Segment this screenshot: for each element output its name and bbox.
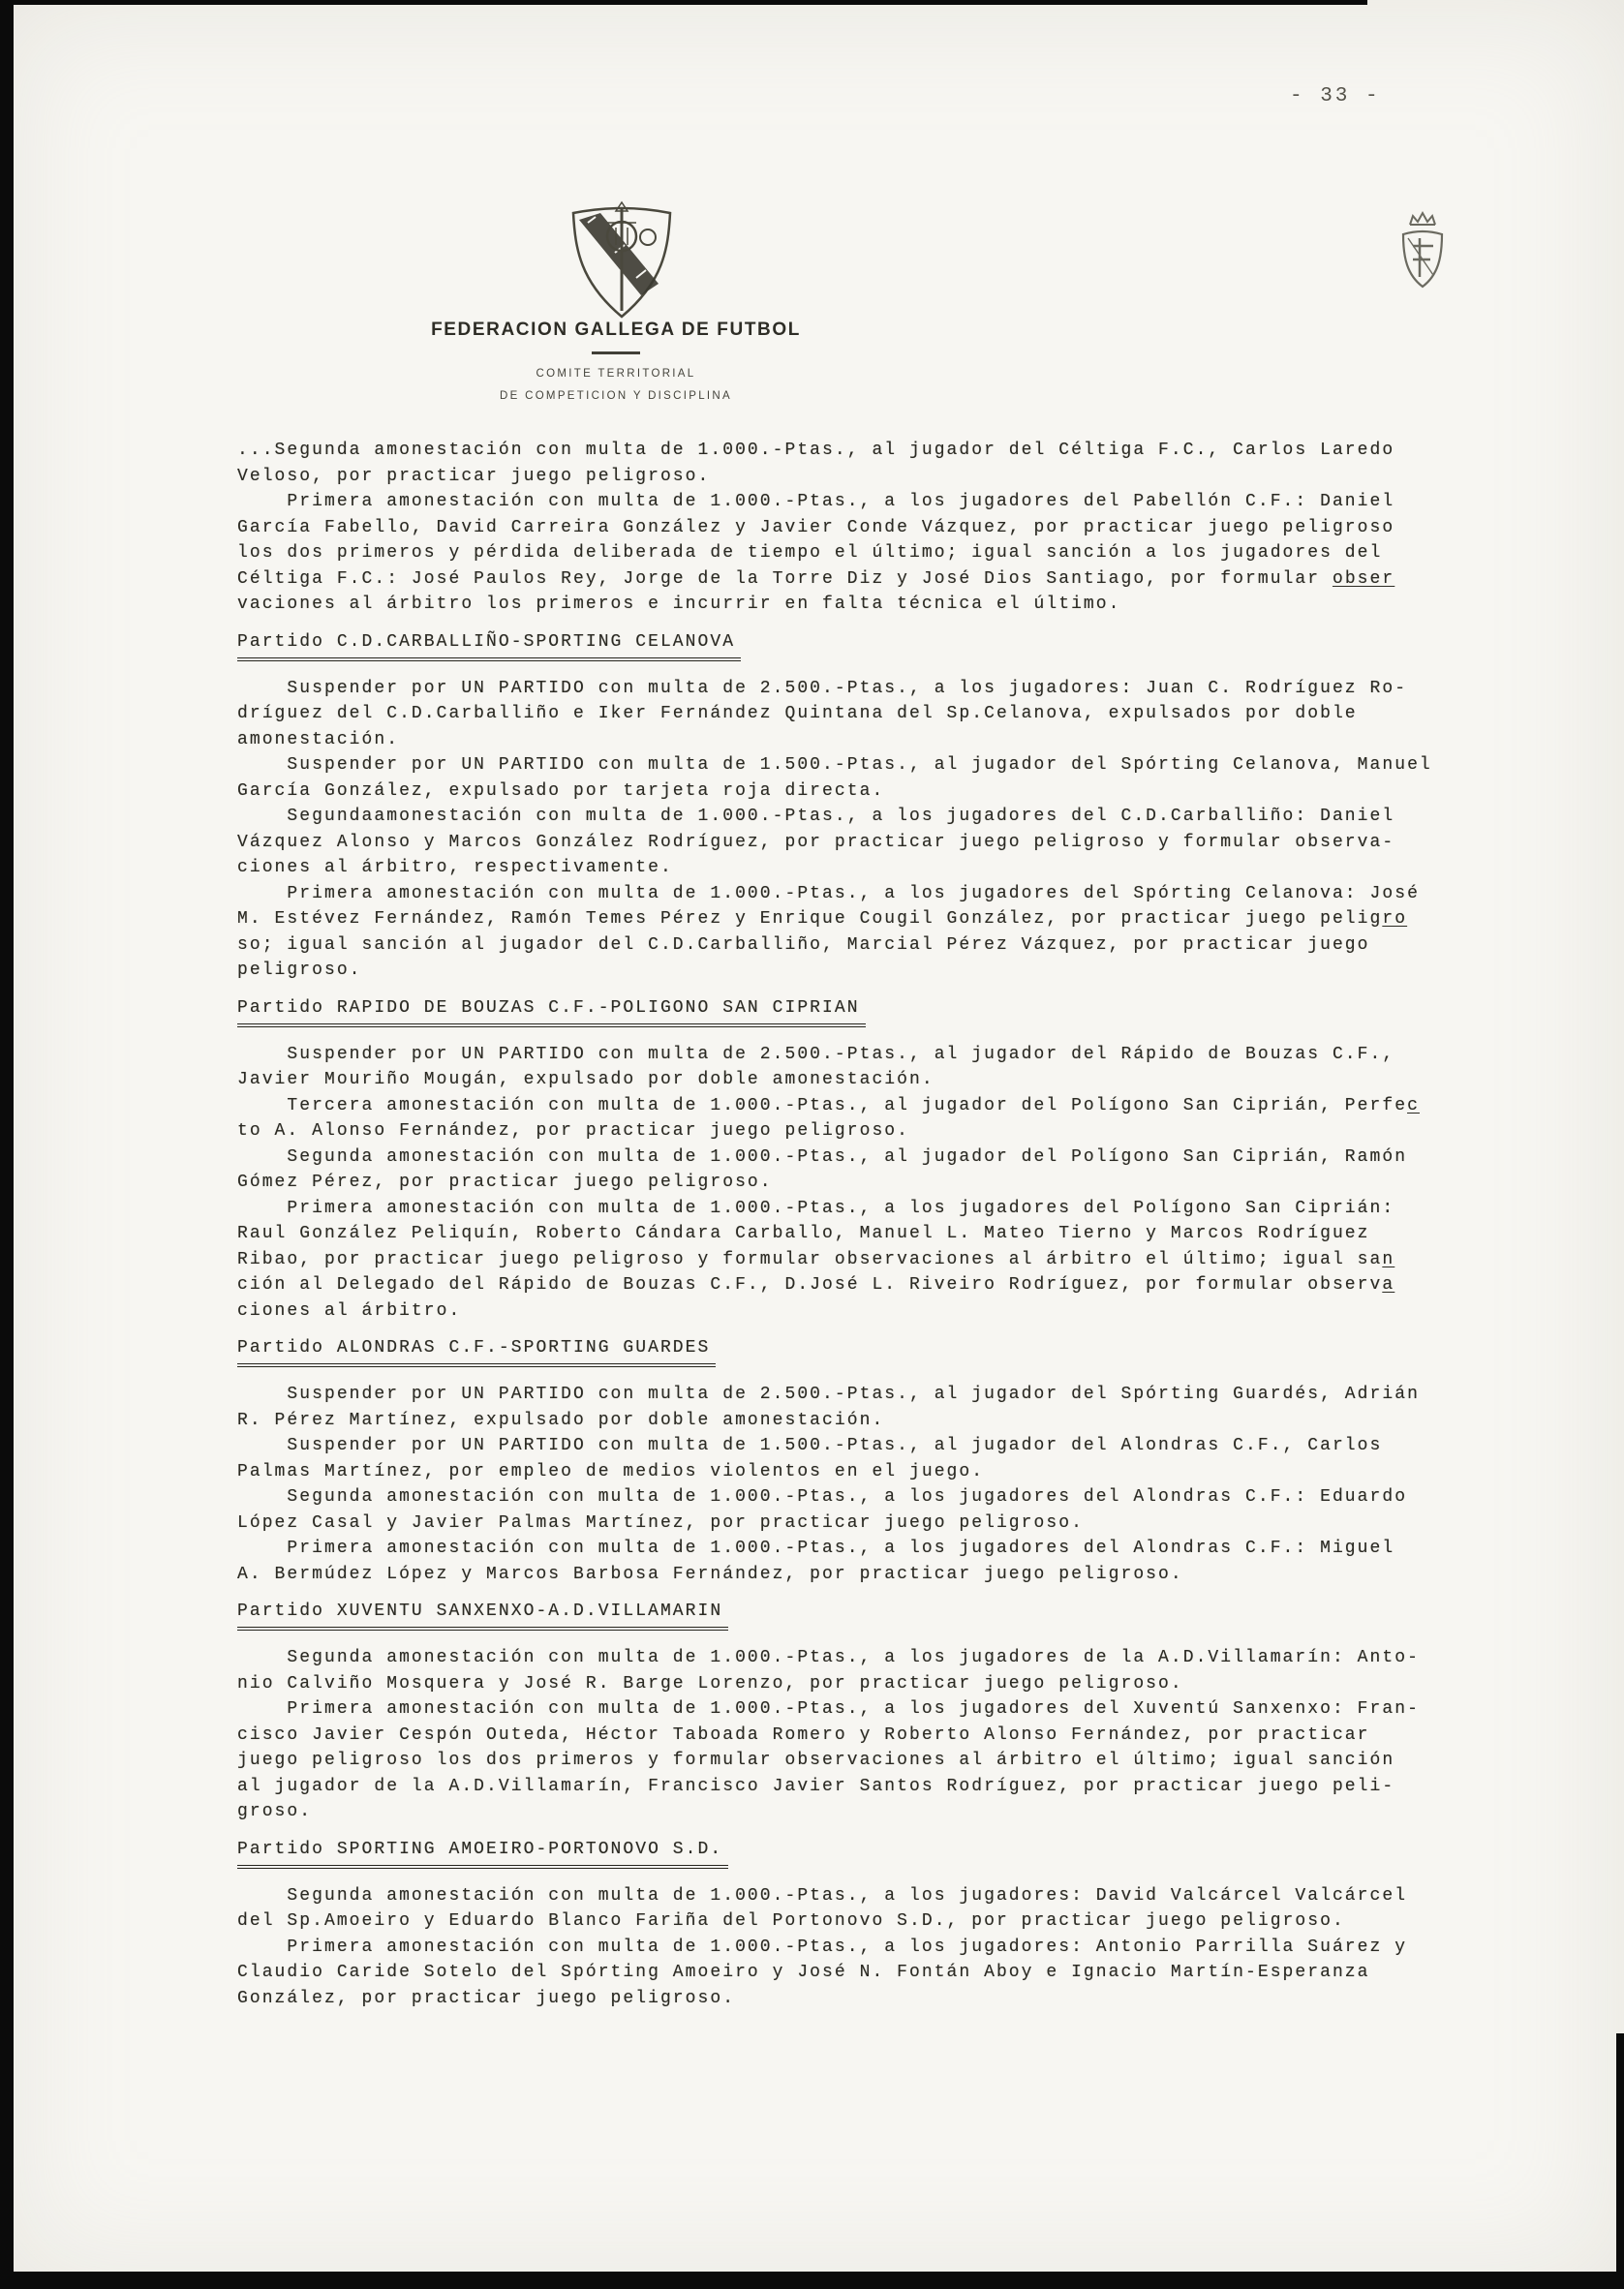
paragraph: Primera amonestación con multa de 1.000.… [237, 489, 1477, 618]
text-line: Primera amonestación con multa de 1.000.… [237, 881, 1477, 907]
committee-line-1: COMITE TERRITORIAL [405, 363, 827, 385]
text-line: González, por practicar juego peligroso. [237, 1986, 1477, 2012]
text-line: los dos primeros y pérdida deliberada de… [237, 540, 1477, 566]
spanish-federation-emblem-icon [1391, 209, 1455, 303]
scan-edge-right [1616, 2033, 1624, 2289]
paragraph: Primera amonestación con multa de 1.000.… [237, 1696, 1477, 1825]
paragraph: Suspender por UN PARTIDO con multa de 2.… [237, 1382, 1477, 1433]
text-line: Suspender por UN PARTIDO con multa de 1.… [237, 1433, 1477, 1459]
scan-edge-bottom [0, 2272, 1624, 2289]
paragraph: Primera amonestación con multa de 1.000.… [237, 1196, 1477, 1325]
section-heading: Partido RAPIDO DE BOUZAS C.F.-POLIGONO S… [237, 995, 1477, 1027]
section-heading: Partido C.D.CARBALLIÑO-SPORTING CELANOVA [237, 629, 1477, 661]
paragraph: Segunda amonestación con multa de 1.000.… [237, 1144, 1477, 1196]
text-line: ción al Delegado del Rápido de Bouzas C.… [237, 1272, 1477, 1298]
paragraph: Suspender por UN PARTIDO con multa de 2.… [237, 676, 1477, 753]
scan-edge-top [0, 0, 1367, 5]
title-rule [592, 351, 640, 354]
galician-federation-crest-icon [565, 197, 679, 327]
text-line: peligroso. [237, 958, 1477, 984]
paragraph: Suspender por UN PARTIDO con multa de 1.… [237, 1433, 1477, 1484]
text-line: Vázquez Alonso y Marcos González Rodrígu… [237, 830, 1477, 856]
text-line: al jugador de la A.D.Villamarín, Francis… [237, 1774, 1477, 1800]
text-line: Segunda amonestación con multa de 1.000.… [237, 1144, 1477, 1171]
paragraph: Primera amonestación con multa de 1.000.… [237, 1536, 1477, 1587]
federation-title: FEDERACION GALLEGA DE FUTBOL [405, 320, 827, 341]
text-line: López Casal y Javier Palmas Martínez, po… [237, 1511, 1477, 1537]
text-line: Veloso, por practicar juego peligroso. [237, 464, 1477, 490]
text-line: Raul González Peliquín, Roberto Cándara … [237, 1221, 1477, 1247]
text-line: Primera amonestación con multa de 1.000.… [237, 1696, 1477, 1723]
text-line: Palmas Martínez, por empleo de medios vi… [237, 1459, 1477, 1485]
section-heading: Partido SPORTING AMOEIRO-PORTONOVO S.D. [237, 1837, 1477, 1869]
paragraph: Tercera amonestación con multa de 1.000.… [237, 1093, 1477, 1144]
text-line: vaciones al árbitro los primeros e incur… [237, 592, 1477, 618]
page-number: - 33 - [1290, 85, 1381, 107]
text-line: juego peligroso los dos primeros y formu… [237, 1748, 1477, 1774]
text-line: Segundaamonestación con multa de 1.000.-… [237, 804, 1477, 830]
paragraph: Segunda amonestación con multa de 1.000.… [237, 1883, 1477, 2012]
text-line: Segunda amonestación con multa de 1.000.… [237, 1484, 1477, 1511]
paragraph: Segundaamonestación con multa de 1.000.-… [237, 804, 1477, 881]
text-line: Gómez Pérez, por practicar juego peligro… [237, 1170, 1477, 1196]
text-line: Segunda amonestación con multa de 1.000.… [237, 1645, 1477, 1671]
section-heading: Partido ALONDRAS C.F.-SPORTING GUARDES [237, 1335, 1477, 1367]
text-line: Céltiga F.C.: José Paulos Rey, Jorge de … [237, 566, 1477, 593]
text-line: Claudio Caride Sotelo del Spórting Amoei… [237, 1960, 1477, 1986]
text-line: dríguez del C.D.Carballiño e Iker Fernán… [237, 701, 1477, 727]
text-line: Tercera amonestación con multa de 1.000.… [237, 1093, 1477, 1119]
text-line: Segunda amonestación con multa de 1.000.… [237, 1883, 1477, 1909]
section-heading: Partido XUVENTU SANXENXO-A.D.VILLAMARIN [237, 1599, 1477, 1631]
paragraph: Segunda amonestación con multa de 1.000.… [237, 1645, 1477, 1696]
text-line: A. Bermúdez López y Marcos Barbosa Ferná… [237, 1562, 1477, 1588]
text-line: M. Estévez Fernández, Ramón Temes Pérez … [237, 906, 1477, 932]
text-line: García González, expulsado por tarjeta r… [237, 778, 1477, 805]
text-line: ciones al árbitro, respectivamente. [237, 855, 1477, 881]
letterhead: FEDERACION GALLEGA DE FUTBOL COMITE TERR… [405, 320, 827, 408]
text-line: del Sp.Amoeiro y Eduardo Blanco Fariña d… [237, 1908, 1477, 1935]
scanned-document-page: - 33 - FEDERACION GALLEGA [0, 0, 1624, 2289]
document-body: ...Segunda amonestación con multa de 1.0… [237, 438, 1477, 2011]
text-line: Suspender por UN PARTIDO con multa de 2.… [237, 676, 1477, 702]
text-line: ...Segunda amonestación con multa de 1.0… [237, 438, 1477, 464]
text-line: Primera amonestación con multa de 1.000.… [237, 489, 1477, 515]
text-line: cisco Javier Cespón Outeda, Héctor Taboa… [237, 1723, 1477, 1749]
scan-edge-left [0, 0, 14, 2289]
text-line: nio Calviño Mosquera y José R. Barge Lor… [237, 1671, 1477, 1697]
text-line: Suspender por UN PARTIDO con multa de 2.… [237, 1382, 1477, 1408]
text-line: ciones al árbitro. [237, 1298, 1477, 1325]
text-line: Primera amonestación con multa de 1.000.… [237, 1196, 1477, 1222]
text-line: Javier Mouriño Mougán, expulsado por dob… [237, 1067, 1477, 1093]
text-line: Suspender por UN PARTIDO con multa de 2.… [237, 1042, 1477, 1068]
text-line: so; igual sanción al jugador del C.D.Car… [237, 932, 1477, 959]
paragraph: Suspender por UN PARTIDO con multa de 1.… [237, 752, 1477, 804]
paragraph: Suspender por UN PARTIDO con multa de 2.… [237, 1042, 1477, 1093]
paragraph: ...Segunda amonestación con multa de 1.0… [237, 438, 1477, 489]
text-line: R. Pérez Martínez, expulsado por doble a… [237, 1408, 1477, 1434]
paragraph: Primera amonestación con multa de 1.000.… [237, 881, 1477, 984]
text-line: Suspender por UN PARTIDO con multa de 1.… [237, 752, 1477, 778]
text-line: to A. Alonso Fernández, por practicar ju… [237, 1118, 1477, 1144]
text-line: Primera amonestación con multa de 1.000.… [237, 1935, 1477, 1961]
text-line: Ribao, por practicar juego peligroso y f… [237, 1247, 1477, 1273]
text-line: García Fabello, David Carreira González … [237, 515, 1477, 541]
committee-line-2: DE COMPETICION Y DISCIPLINA [405, 385, 827, 408]
text-line: Primera amonestación con multa de 1.000.… [237, 1536, 1477, 1562]
text-line: groso. [237, 1799, 1477, 1825]
paragraph: Segunda amonestación con multa de 1.000.… [237, 1484, 1477, 1536]
text-line: amonestación. [237, 727, 1477, 753]
